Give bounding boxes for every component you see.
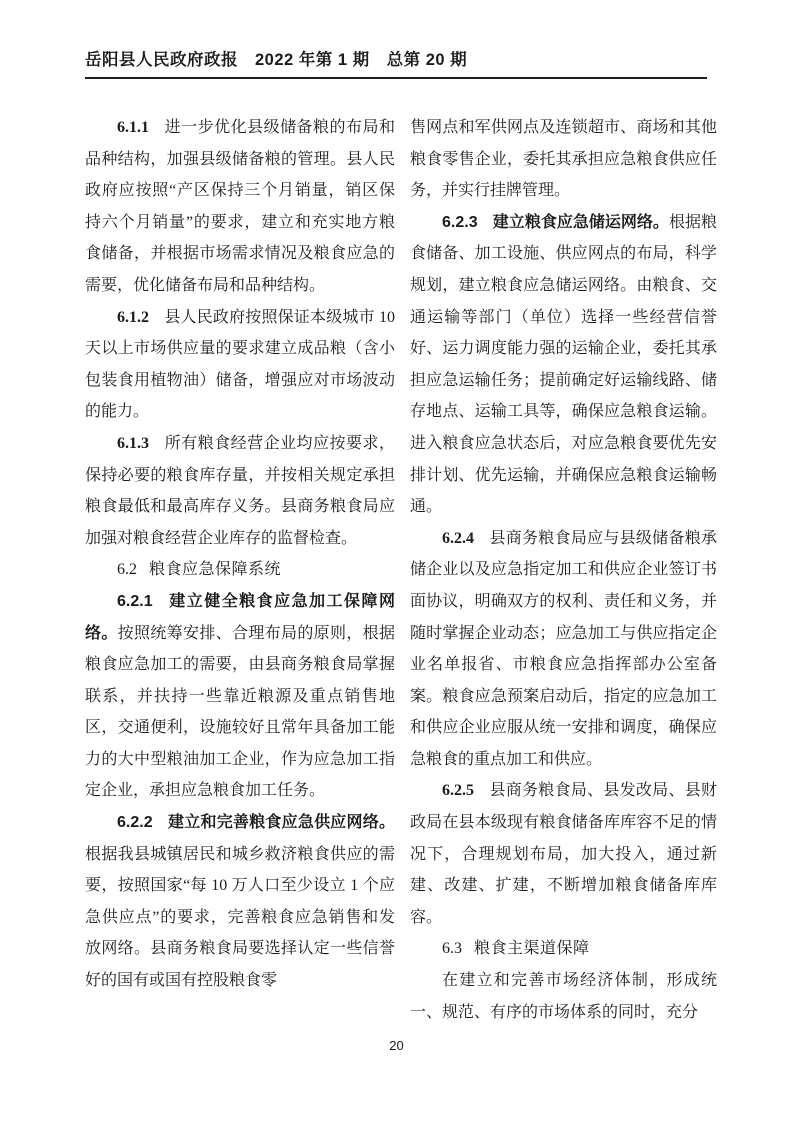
continuation-paragraph: 售网点和军供网点及连锁超市、商场和其他粮食零售企业，委托其承担应急粮食供应任务，… (410, 112, 717, 207)
gazette-title: 岳阳县人民政府政报 2022 年第 1 期 总第 20 期 (85, 51, 467, 69)
clause-number: 6.2 (117, 561, 149, 578)
clause-6.2.5: 6.2.5县商务粮食局、县发改局、县财政局在县本级现有粮食储备库库容不足的情况下… (410, 775, 717, 933)
clause-number: 6.2.1 (117, 593, 168, 610)
clause-number: 6.3 (442, 940, 474, 957)
clause-number: 6.2.5 (442, 782, 489, 799)
right-column: 售网点和军供网点及连锁超市、商场和其他粮食零售企业，委托其承担应急粮食供应任务，… (410, 112, 717, 1028)
clause-number: 6.2.3 (442, 214, 493, 231)
clause-text: 在建立和完善市场经济体制，形成统一、规范、有序的市场体系的同时，充分 (410, 972, 717, 1021)
clause-6.1.2: 6.1.2县人民政府按照保证本级城市 10 天以上市场供应量的要求建立成品粮（含… (85, 302, 395, 428)
clause-text: 根据我县城镇居民和城乡救济粮食供应的需要，按照国家“每 10 万人口至少设立 1… (85, 846, 395, 989)
clause-6.2.4: 6.2.4县商务粮食局应与县级储备粮承储企业以及应急指定加工和供应企业签订书面协… (410, 523, 717, 776)
clause-6.3: 6.3粮食主渠道保障 (410, 933, 717, 965)
clause-6.2.3: 6.2.3建立粮食应急储运网络。根据粮食储备、加工设施、供应网点的布局，科学规划… (410, 207, 717, 523)
clause-text: 进一步优化县级储备粮的布局和品种结构，加强县级储备粮的管理。县人民政府应按照“产… (85, 119, 395, 294)
page-number: 20 (389, 1038, 403, 1053)
clause-number: 6.1.1 (117, 119, 164, 136)
gazette-page: 岳阳县人民政府政报 2022 年第 1 期 总第 20 期 6.1.1进一步优化… (0, 0, 793, 1122)
clause-text: 按照统筹安排、合理布局的原则，根据粮食应急加工的需要，由县商务粮食局掌握联系，并… (85, 625, 395, 800)
clause-heading: 建立粮食应急储运网络。 (493, 214, 669, 231)
clause-6.1.3: 6.1.3所有粮食经营企业均应按要求，保持必要的粮食库存量，并按相关规定承担粮食… (85, 428, 395, 554)
clause-text: 售网点和军供网点及连锁超市、商场和其他粮食零售企业，委托其承担应急粮食供应任务，… (410, 119, 717, 199)
clause-text: 县商务粮食局、县发改局、县财政局在县本级现有粮食储备库库容不足的情况下，合理规划… (410, 782, 717, 925)
clause-6.2.2: 6.2.2建立和完善粮食应急供应网络。根据我县城镇居民和城乡救济粮食供应的需要，… (85, 807, 395, 997)
clause-text: 县商务粮食局应与县级储备粮承储企业以及应急指定加工和供应企业签订书面协议，明确双… (410, 530, 717, 768)
left-column: 6.1.1进一步优化县级储备粮的布局和品种结构，加强县级储备粮的管理。县人民政府… (85, 112, 395, 1028)
body-paragraph: 在建立和完善市场经济体制，形成统一、规范、有序的市场体系的同时，充分 (410, 965, 717, 1028)
clause-heading: 建立和完善粮食应急供应网络。 (168, 814, 395, 831)
page-footer: 20 (0, 1038, 793, 1053)
clause-number: 6.2.2 (117, 814, 168, 831)
document-body: 6.1.1进一步优化县级储备粮的布局和品种结构，加强县级储备粮的管理。县人民政府… (85, 112, 717, 1028)
section-title: 粮食主渠道保障 (474, 940, 590, 957)
clause-number: 6.1.3 (117, 435, 164, 452)
clause-6.2.1: 6.2.1建立健全粮食应急加工保障网络。按照统筹安排、合理布局的原则，根据粮食应… (85, 586, 395, 807)
clause-6.2: 6.2粮食应急保障系统 (85, 554, 395, 586)
clause-number: 6.2.4 (442, 530, 489, 547)
clause-number: 6.1.2 (117, 309, 164, 326)
clause-6.1.1: 6.1.1进一步优化县级储备粮的布局和品种结构，加强县级储备粮的管理。县人民政府… (85, 112, 395, 302)
section-title: 粮食应急保障系统 (149, 561, 281, 578)
running-head: 岳阳县人民政府政报 2022 年第 1 期 总第 20 期 (85, 46, 707, 79)
clause-text: 根据粮食储备、加工设施、供应网点的布局，科学规划，建立粮食应急储运网络。由粮食、… (410, 214, 717, 515)
